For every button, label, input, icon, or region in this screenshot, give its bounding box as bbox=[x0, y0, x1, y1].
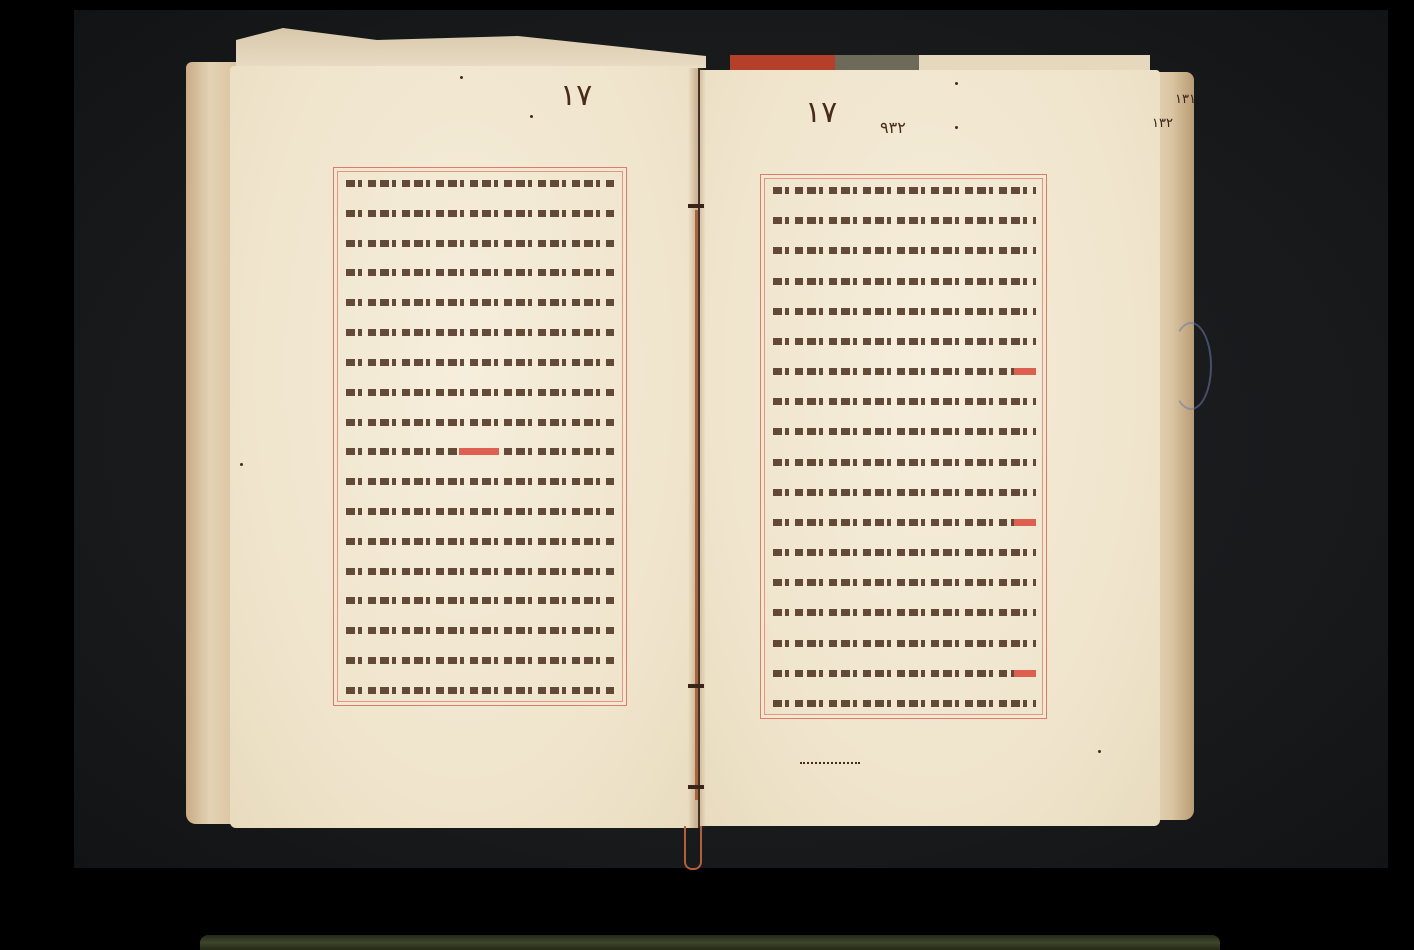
text-line bbox=[773, 334, 1036, 348]
text-line bbox=[773, 575, 1036, 589]
ink-dot bbox=[955, 126, 958, 129]
edge-number: ١٣٢ bbox=[1152, 116, 1173, 131]
binding-thread bbox=[695, 210, 698, 800]
text-line bbox=[346, 295, 616, 309]
text-line bbox=[346, 236, 616, 250]
text-line bbox=[773, 636, 1036, 650]
text-line-rubric bbox=[773, 666, 1036, 680]
text-line bbox=[773, 485, 1036, 499]
text-line bbox=[346, 176, 616, 190]
left-text-lines bbox=[346, 176, 616, 697]
text-line bbox=[773, 213, 1036, 227]
text-line bbox=[773, 183, 1036, 197]
lightbox-edge bbox=[200, 935, 1220, 950]
text-line bbox=[346, 355, 616, 369]
text-line-rubric bbox=[773, 515, 1036, 529]
text-line bbox=[346, 564, 616, 578]
stitch bbox=[688, 684, 704, 688]
ink-dot bbox=[955, 82, 958, 85]
stitch bbox=[688, 785, 704, 789]
text-line bbox=[346, 623, 616, 637]
text-line bbox=[346, 415, 616, 429]
text-line bbox=[773, 304, 1036, 318]
text-line bbox=[773, 424, 1036, 438]
edge-number: ١٣١ bbox=[1175, 92, 1196, 107]
ink-dot bbox=[240, 463, 243, 466]
text-line bbox=[346, 325, 616, 339]
right-text-frame bbox=[760, 174, 1047, 719]
text-line bbox=[773, 545, 1036, 559]
text-line bbox=[773, 455, 1036, 469]
text-line bbox=[346, 385, 616, 399]
stitch bbox=[688, 204, 704, 208]
text-line bbox=[346, 653, 616, 667]
ink-dot bbox=[1098, 750, 1101, 753]
text-line bbox=[773, 394, 1036, 408]
right-text-lines bbox=[773, 183, 1036, 710]
right-folio-mark: ١٧ bbox=[805, 95, 837, 130]
thread-tail bbox=[684, 826, 702, 870]
ink-dot bbox=[460, 76, 463, 79]
text-line-rubric bbox=[346, 444, 616, 458]
text-line bbox=[346, 593, 616, 607]
text-line-rubric bbox=[773, 364, 1036, 378]
ink-dot bbox=[530, 115, 533, 118]
text-line bbox=[346, 474, 616, 488]
text-line bbox=[346, 265, 616, 279]
left-folio-mark: ١٧ bbox=[560, 78, 592, 113]
catchword bbox=[800, 752, 860, 764]
library-stamp bbox=[1170, 322, 1212, 410]
left-text-frame bbox=[333, 167, 627, 706]
text-line bbox=[346, 534, 616, 548]
text-line bbox=[346, 504, 616, 518]
text-line bbox=[346, 683, 616, 697]
text-line bbox=[346, 206, 616, 220]
text-line bbox=[773, 605, 1036, 619]
text-line bbox=[773, 243, 1036, 257]
page-number: ٩٣٢ bbox=[880, 118, 906, 137]
text-line bbox=[773, 696, 1036, 710]
text-line bbox=[773, 274, 1036, 288]
